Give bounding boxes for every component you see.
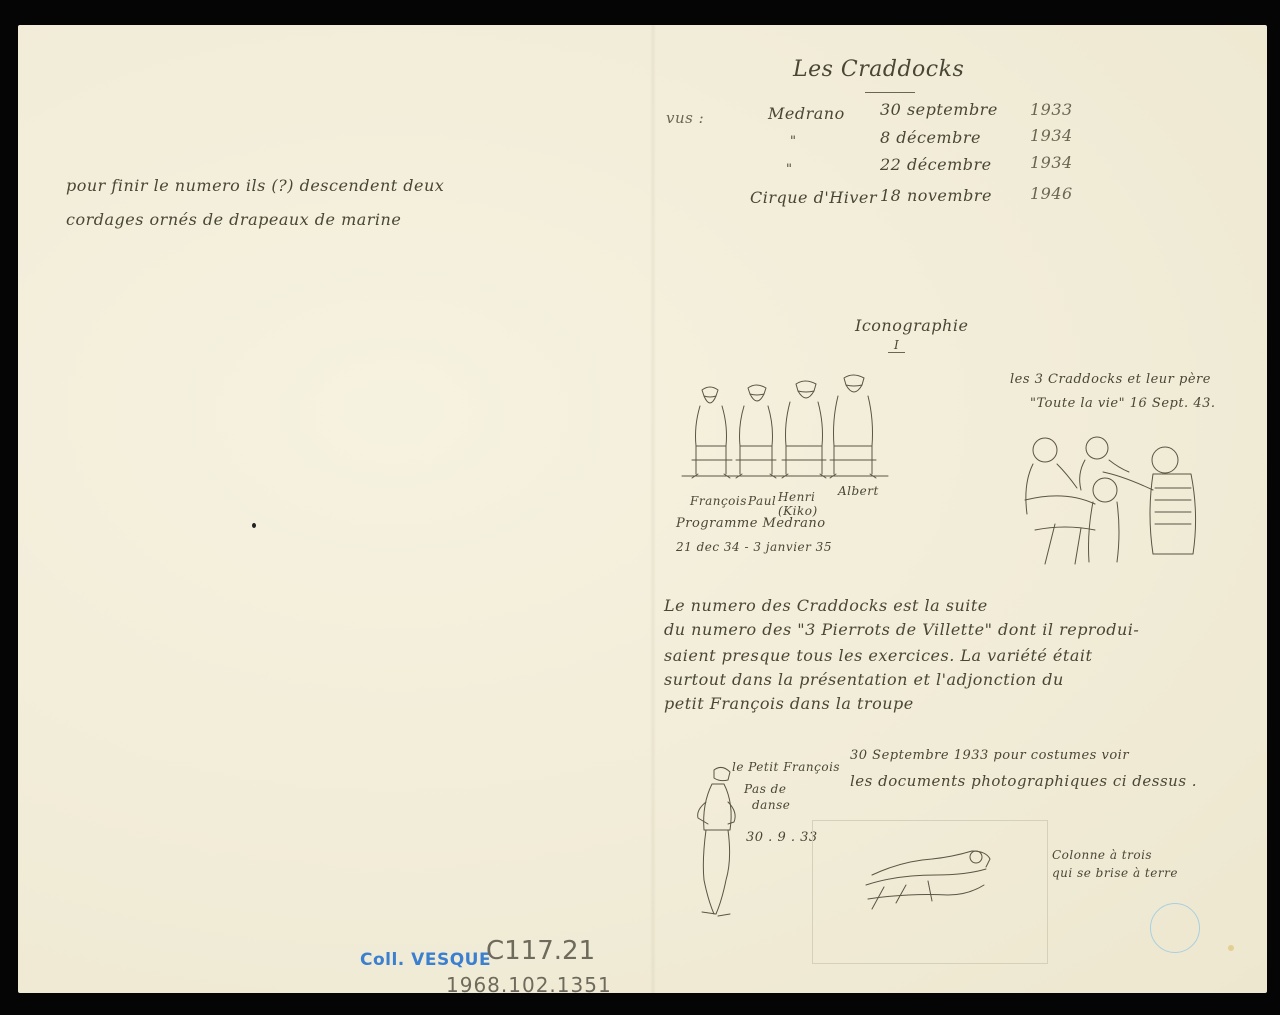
sketch4-note-line-1: Colonne à trois (1052, 848, 1152, 862)
inventory-number: 1968.102.1351 (446, 973, 612, 997)
center-fold (650, 25, 656, 993)
collection-stamp: Coll. VESQUE (360, 950, 491, 970)
sketch3-date: 30 . 9 . 33 (746, 830, 818, 845)
performance-date: 18 novembre (880, 186, 992, 205)
performance-year: 1934 (1030, 153, 1073, 172)
sketch3-label-line-2: Pas de (744, 782, 786, 796)
performance-venue: Cirque d'Hiver (750, 188, 877, 207)
performance-venue: Medrano (768, 104, 845, 123)
performance-year: 1946 (1030, 184, 1073, 203)
left-note-line-1: pour finir le numero ils (?) descendent … (66, 176, 444, 195)
paragraph-line-4: surtout dans la présentation et l'adjonc… (664, 670, 1064, 689)
performance-year: 1933 (1030, 100, 1073, 119)
sketch-craddocks-and-father (1015, 430, 1205, 565)
sketch3-label-line-3: danse (752, 798, 790, 812)
call-number: C117.21 (486, 936, 595, 966)
performance-year: 1934 (1030, 126, 1073, 145)
document-title: Les Craddocks (793, 57, 964, 82)
sketch-four-seated-clowns (680, 372, 890, 492)
sketch1-caption-line-1: Programme Medrano (676, 516, 826, 531)
paper-stain (1228, 945, 1234, 951)
paragraph-line-1: Le numero des Craddocks est la suite (664, 596, 988, 615)
performance-date: 22 décembre (880, 155, 992, 174)
note-top-line-1: 30 Septembre 1933 pour costumes voir (850, 748, 1129, 763)
paragraph-line-5: petit François dans la troupe (664, 694, 914, 713)
library-seal-stamp (1150, 903, 1200, 953)
sketch1-name-francois: François (690, 494, 747, 508)
section-subtitle: I (888, 338, 905, 353)
performance-venue: " (790, 134, 796, 149)
title-underline (865, 92, 915, 93)
sketch2-caption-line-1: les 3 Craddocks et leur père (1010, 372, 1211, 387)
sketch4-note-line-2: qui se brise à terre (1052, 866, 1178, 880)
sketch-petit-francois (688, 762, 748, 922)
performances-label: vus : (666, 109, 704, 127)
performance-date: 8 décembre (880, 128, 981, 147)
section-title: Iconographie (855, 316, 968, 335)
note-top-line-2: les documents photographiques ci dessus … (850, 772, 1197, 790)
ink-dot (252, 523, 256, 528)
sketch1-name-henri: Henri (Kiko) (778, 490, 822, 518)
sketch3-label-line-1: le Petit François (732, 760, 840, 774)
sketch1-name-paul: Paul (748, 494, 776, 508)
sketch-column-collapse (862, 845, 1002, 915)
left-note-line-2: cordages ornés de drapeaux de marine (66, 210, 401, 229)
sketch2-caption-line-2: "Toute la vie" 16 Sept. 43. (1030, 396, 1216, 411)
sketch1-name-albert: Albert (838, 484, 879, 498)
sketch1-caption-line-2: 21 dec 34 - 3 janvier 35 (676, 540, 832, 554)
performance-venue: " (786, 162, 792, 177)
performance-date: 30 septembre (880, 100, 998, 119)
paragraph-line-3: saient presque tous les exercices. La va… (664, 646, 1092, 665)
paragraph-line-2: du numero des "3 Pierrots de Villette" d… (664, 620, 1139, 639)
